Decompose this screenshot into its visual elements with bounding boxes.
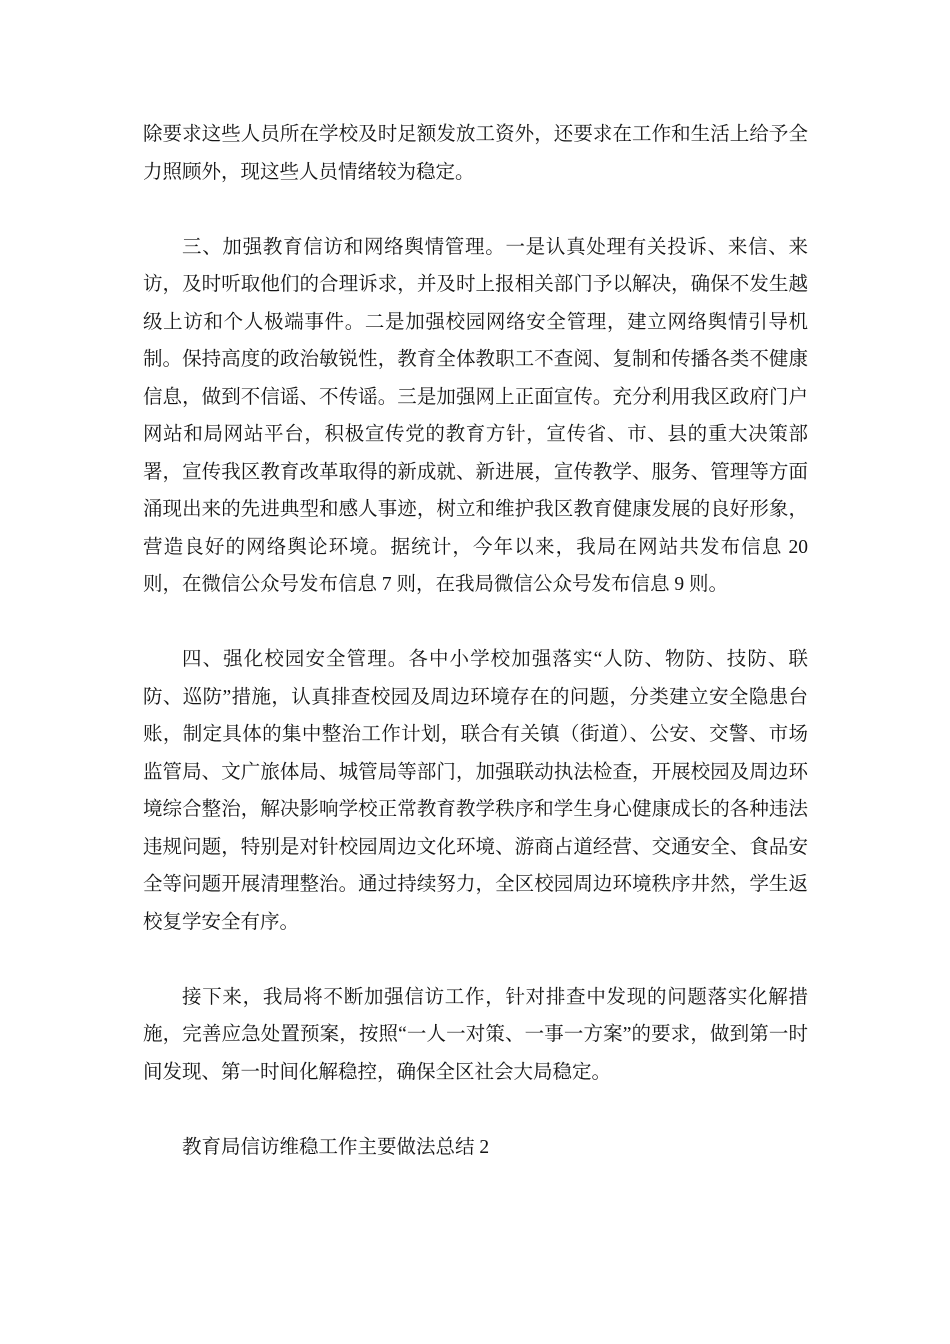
paragraph: 三、加强教育信访和网络舆情管理。一是认真处理有关投诉、来信、来访，及时听取他们的…: [143, 229, 808, 604]
document-page: 除要求这些人员所在学校及时足额发放工资外，还要求在工作和生活上给予全力照顾外，现…: [0, 0, 950, 1166]
paragraph: 除要求这些人员所在学校及时足额发放工资外，还要求在工作和生活上给予全力照顾外，现…: [143, 116, 808, 191]
paragraph: 四、强化校园安全管理。各中小学校加强落实“人防、物防、技防、联防、巡防”措施，认…: [143, 641, 808, 941]
paragraph: 接下来，我局将不断加强信访工作，针对排查中发现的问题落实化解措施，完善应急处置预…: [143, 979, 808, 1092]
document-body: 除要求这些人员所在学校及时足额发放工资外，还要求在工作和生活上给予全力照顾外，现…: [143, 116, 808, 1166]
paragraph: 教育局信访维稳工作主要做法总结 2: [143, 1129, 808, 1167]
